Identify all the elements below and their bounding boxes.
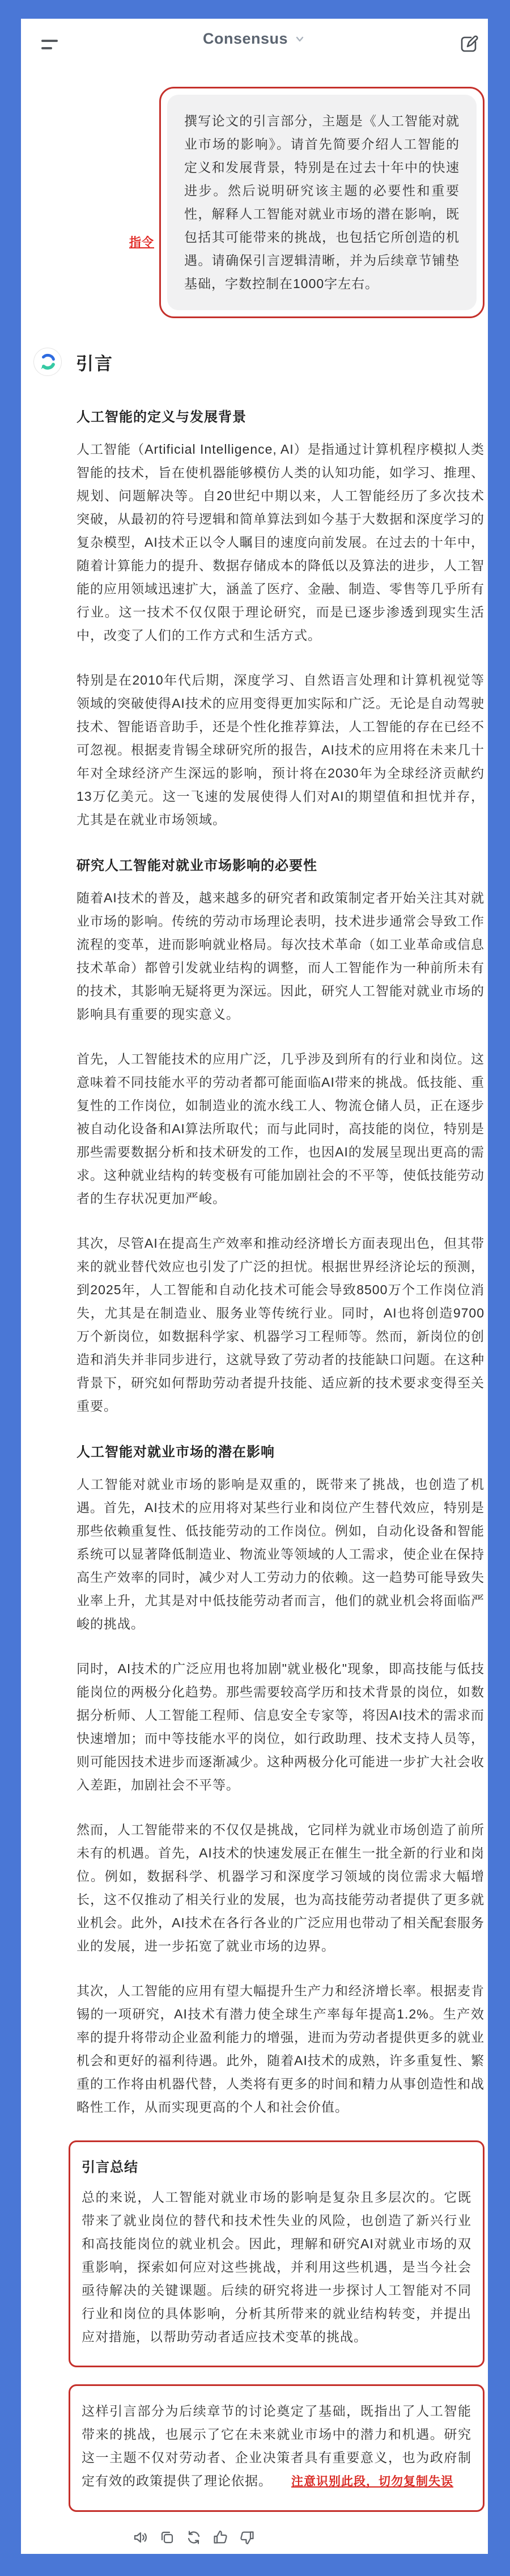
regenerate-icon[interactable] bbox=[185, 2529, 202, 2546]
user-message-row: 指令 撰写论文的引言部分，主题是《人工智能对就业市场的影响》。请首先简要介绍人工… bbox=[21, 87, 488, 318]
app-title: Consensus bbox=[203, 30, 288, 48]
response-title: 引言 bbox=[76, 349, 113, 375]
top-bar: Consensus bbox=[21, 19, 488, 62]
summary-paragraph: 总的来说，人工智能对就业市场的影响是复杂且多层次的。它既带来了就业岗位的替代和技… bbox=[82, 2186, 471, 2349]
assistant-content: 人工智能的定义与发展背景 人工智能（Artificial Intelligenc… bbox=[21, 379, 488, 2546]
assistant-header: 引言 bbox=[33, 348, 488, 376]
consensus-logo-icon bbox=[36, 350, 59, 373]
summary-highlight-box: 引言总结 总的来说，人工智能对就业市场的影响是复杂且多层次的。它既带来了就业岗位… bbox=[69, 2140, 484, 2367]
closing-highlight-box: 这样引言部分为后续章节的讨论奠定了基础，既指出了人工智能带来的挑战，也展示了它在… bbox=[69, 2384, 484, 2512]
menu-icon[interactable] bbox=[41, 40, 58, 49]
summary-heading: 引言总结 bbox=[82, 2156, 471, 2176]
paragraph: 人工智能（Artificial Intelligence, AI）是指通过计算机… bbox=[76, 438, 484, 647]
copy-warning-annotation: 注意识别此段，切勿复制失误 bbox=[291, 2475, 453, 2488]
closing-paragraph: 这样引言部分为后续章节的讨论奠定了基础，既指出了人工智能带来的挑战，也展示了它在… bbox=[82, 2400, 471, 2493]
paragraph: 同时，AI技术的广泛应用也将加剧"就业极化"现象，即高技能与低技能岗位的两极分化… bbox=[76, 1657, 484, 1797]
paragraph: 其次，尽管AI在提高生产效率和推动经济增长方面表现出色，但其带来的就业替代效应也… bbox=[76, 1232, 484, 1418]
read-aloud-icon[interactable] bbox=[132, 2529, 149, 2546]
message-actions bbox=[132, 2529, 484, 2546]
section-heading: 人工智能的定义与发展背景 bbox=[76, 406, 484, 425]
copy-icon[interactable] bbox=[159, 2529, 176, 2546]
app-window: Consensus 指令 撰写论文的引言部分，主题是《人工智能对就业市场的影响》… bbox=[21, 19, 488, 2554]
paragraph: 随着AI技术的普及，越来越多的研究者和政策制定者开始关注其对就业市场的影响。传统… bbox=[76, 886, 484, 1026]
user-message-bubble[interactable]: 撰写论文的引言部分，主题是《人工智能对就业市场的影响》。请首先简要介绍人工智能的… bbox=[167, 95, 477, 310]
thumbs-up-icon[interactable] bbox=[212, 2529, 229, 2546]
paragraph: 人工智能对就业市场的影响是双重的，既带来了挑战，也创造了机遇。首先，AI技术的应… bbox=[76, 1473, 484, 1636]
compose-icon[interactable] bbox=[457, 33, 480, 56]
avatar bbox=[33, 348, 62, 376]
chevron-down-icon[interactable] bbox=[294, 33, 306, 45]
user-message-highlight-box: 撰写论文的引言部分，主题是《人工智能对就业市场的影响》。请首先简要介绍人工智能的… bbox=[159, 87, 484, 318]
instruction-annotation-label: 指令 bbox=[129, 233, 154, 250]
paragraph: 特别是在2010年代后期，深度学习、自然语言处理和计算机视觉等领域的突破使得AI… bbox=[76, 669, 484, 831]
section-heading: 人工智能对就业市场的潜在影响 bbox=[76, 1441, 484, 1460]
paragraph: 首先，人工智能技术的应用广泛，几乎涉及到所有的行业和岗位。这意味着不同技能水平的… bbox=[76, 1048, 484, 1210]
screenshot-root: { "header": { "title": "Consensus" }, "u… bbox=[0, 0, 510, 2576]
paragraph: 其次，人工智能的应用有望大幅提升生产力和经济增长率。根据麦肯锡的一项研究，AI技… bbox=[76, 1979, 484, 2119]
section-heading: 研究人工智能对就业市场影响的必要性 bbox=[76, 854, 484, 874]
title-area: Consensus bbox=[21, 30, 488, 48]
paragraph: 然而，人工智能带来的不仅仅是挑战，它同样为就业市场创造了前所未有的机遇。首先，A… bbox=[76, 1818, 484, 1958]
thumbs-down-icon[interactable] bbox=[239, 2529, 256, 2546]
